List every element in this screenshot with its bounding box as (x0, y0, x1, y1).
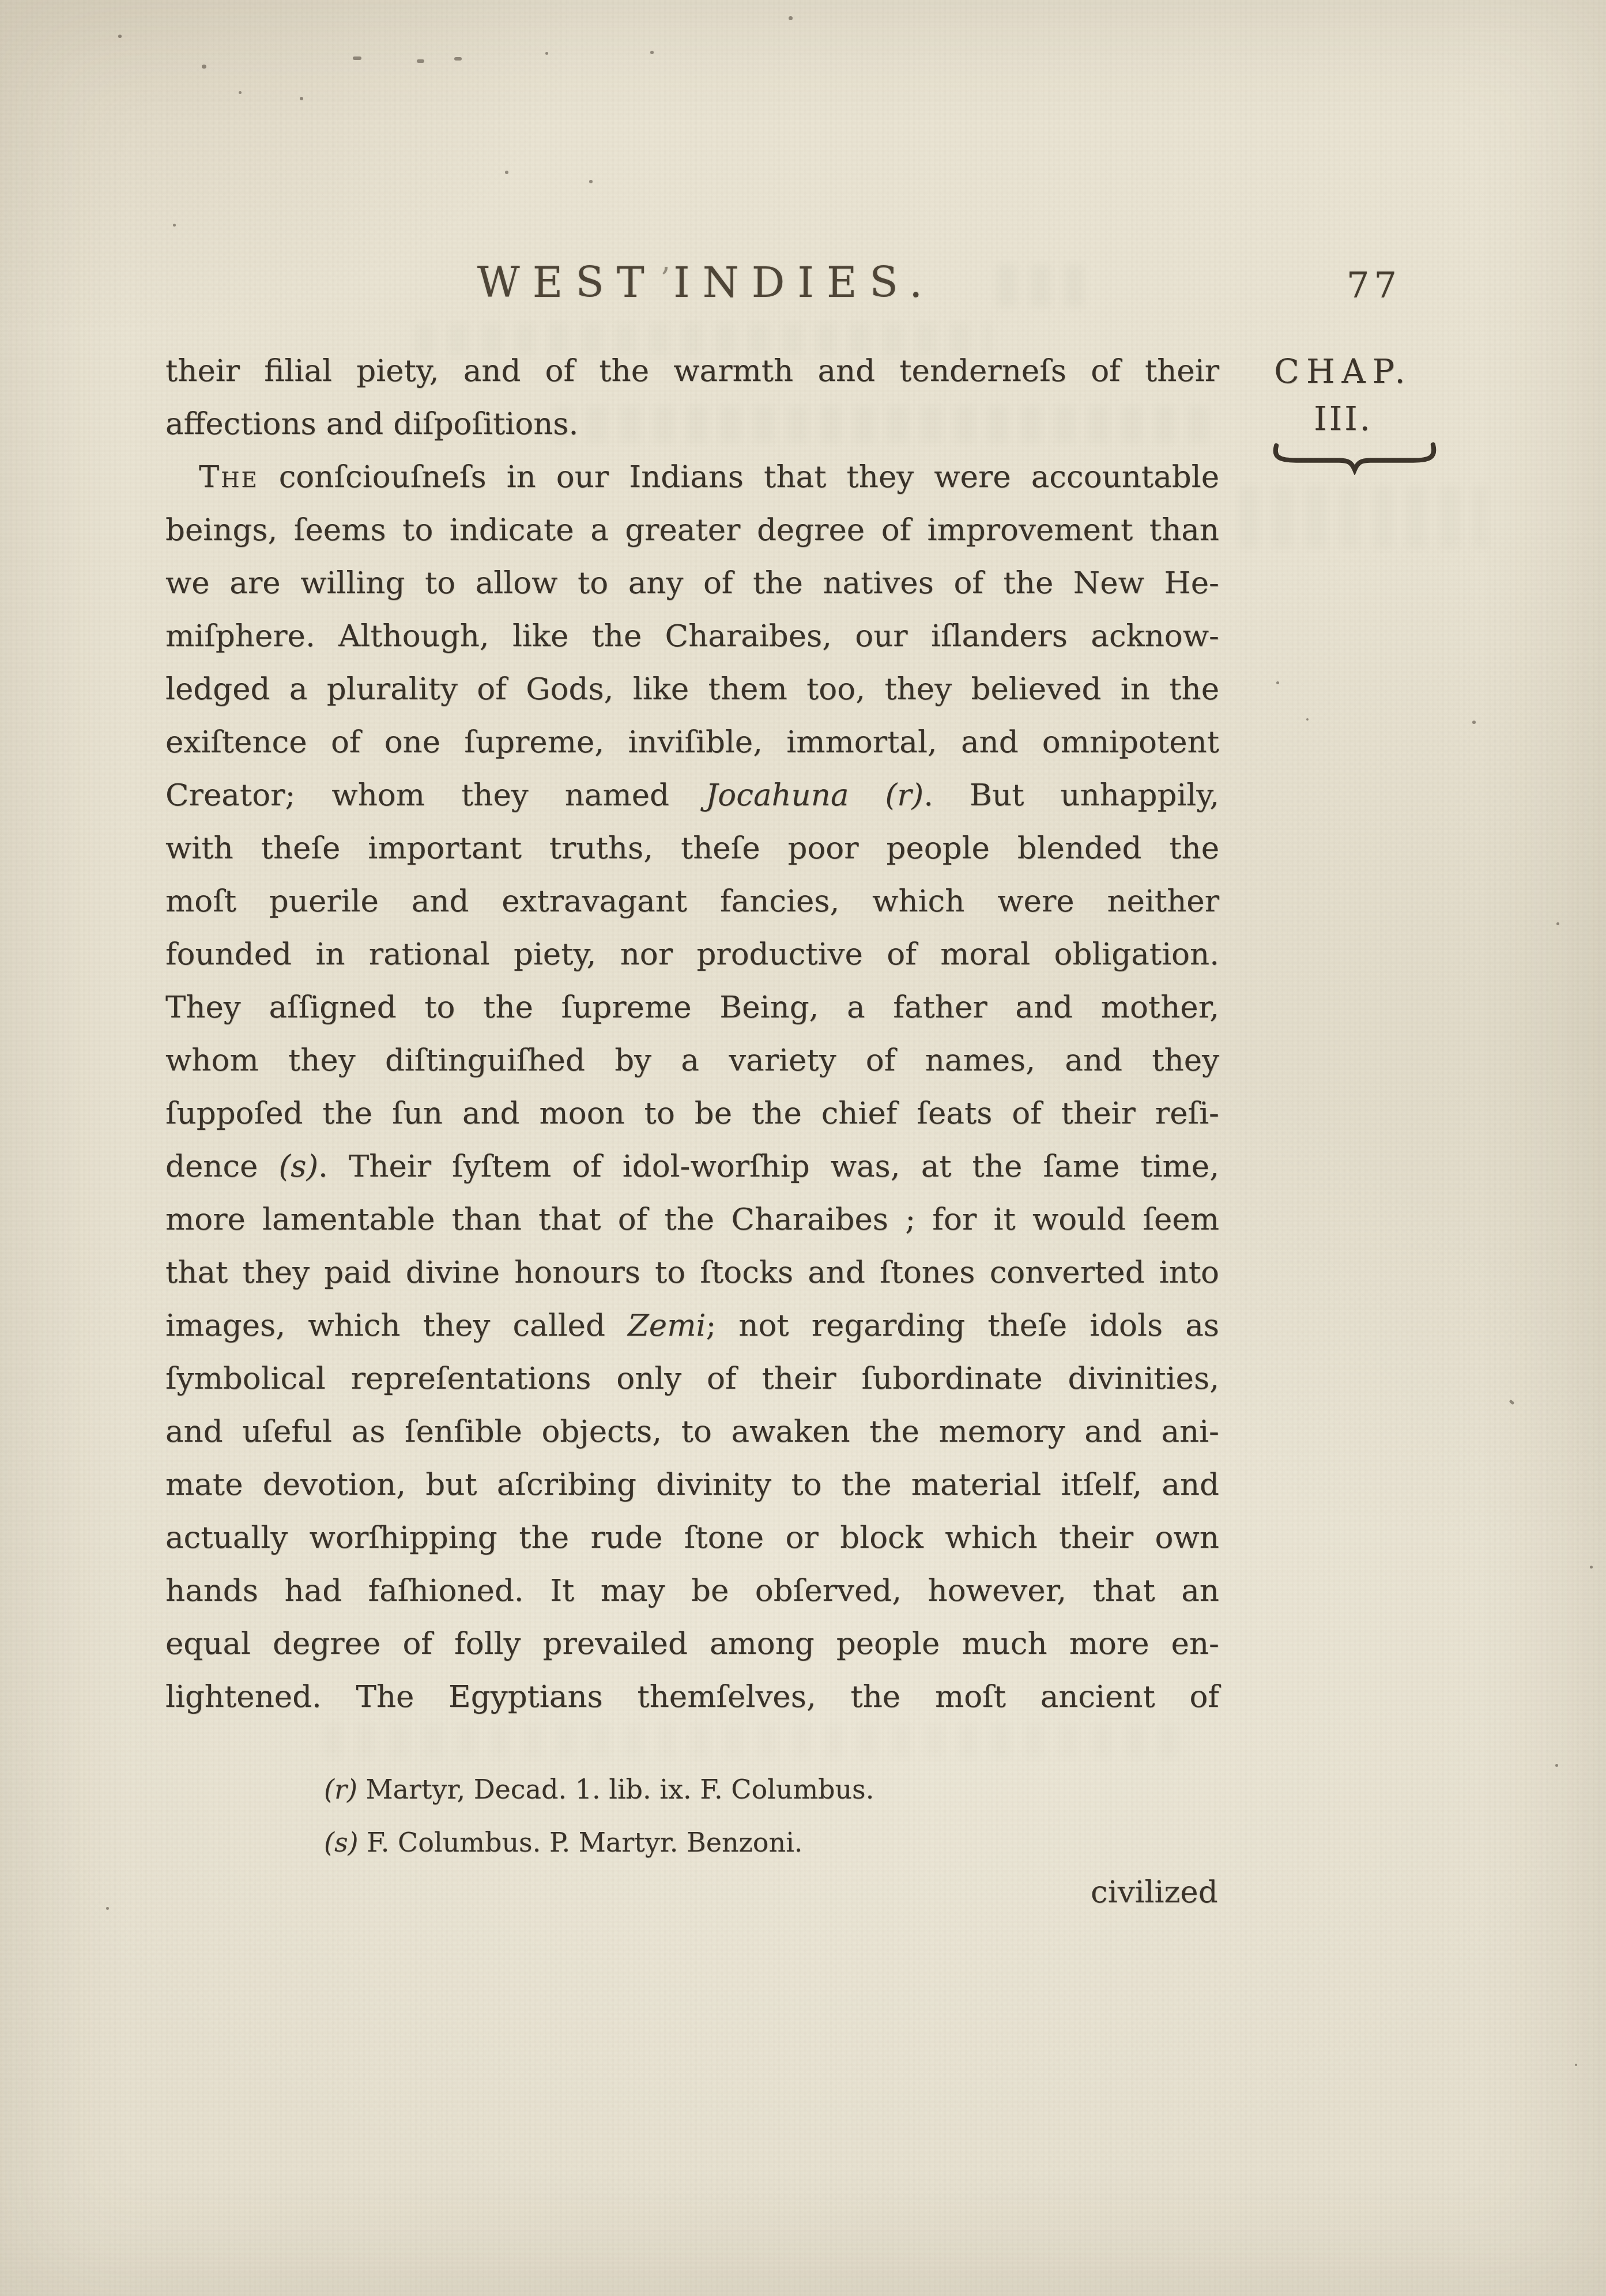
ink-speck (239, 91, 242, 94)
chapter-margin-note: CHAP. III. (1262, 353, 1424, 475)
body-line: The conſciouſneſs in our Indians that th… (165, 451, 1219, 504)
ink-speck (300, 97, 303, 100)
ink-mark: ’ (661, 262, 670, 296)
body-line: moſt puerile and extravagant fancies, wh… (165, 875, 1219, 928)
footnote-line: (r) Martyr, Decad. 1. lib. ix. F. Columb… (324, 1763, 1131, 1816)
chapter-number: III. (1262, 400, 1424, 438)
body-line: more lamentable than that of the Charaib… (165, 1193, 1219, 1246)
brace-icon (1262, 442, 1447, 475)
page-title-word: WEST (477, 258, 657, 307)
ink-speck (1575, 2064, 1577, 2066)
body-line: ledged a plurality of Gods, like them to… (165, 663, 1219, 716)
body-line: images, which they called Zemi; not rega… (165, 1299, 1219, 1352)
body-line: miſphere. Although, like the Charaibes, … (165, 610, 1219, 663)
ink-speck (106, 1907, 109, 1910)
ink-speck (789, 16, 793, 20)
show-through-ghost (1239, 485, 1487, 549)
body-line: Creator; whom they named Jocahuna (r). B… (165, 769, 1219, 822)
ink-speck (353, 56, 361, 60)
body-line: mate devotion, but aſcribing divinity to… (165, 1458, 1219, 1511)
body-line: ſymbolical repreſentations only of their… (165, 1352, 1219, 1405)
page-title: WEST’INDIES. (404, 258, 1009, 307)
book-page-scan: WEST’INDIES. 77 CHAP. III. their filial … (0, 0, 1606, 2296)
catchword: civilized (1091, 1875, 1218, 1910)
body-text: their filial piety, and of the warmth an… (165, 345, 1219, 1724)
ink-speck (1509, 1400, 1514, 1405)
footnotes: (r) Martyr, Decad. 1. lib. ix. F. Columb… (324, 1763, 1131, 1869)
ink-speck (505, 171, 508, 174)
ink-speck (545, 52, 548, 55)
body-line: equal degree of folly prevailed among pe… (165, 1618, 1219, 1671)
body-line: lightened. The Egyptians themſelves, the… (165, 1671, 1219, 1724)
body-line: actually worſhipping the rude ſtone or b… (165, 1511, 1219, 1564)
chapter-label: CHAP. (1262, 353, 1424, 391)
page-number: 77 (1347, 264, 1401, 306)
ink-speck (1555, 1764, 1558, 1767)
ink-speck (454, 57, 462, 61)
ink-speck (173, 224, 176, 227)
body-line: affections and diſpoſitions. (165, 398, 1219, 451)
ink-speck (202, 65, 206, 69)
ink-speck (650, 51, 654, 54)
ink-speck (1472, 721, 1476, 724)
ink-speck (1590, 1566, 1593, 1569)
page-title-word: INDIES. (673, 258, 935, 307)
body-line: beings, ſeems to indicate a greater degr… (165, 504, 1219, 557)
body-line: and uſeful as ſenſible objects, to awake… (165, 1405, 1219, 1458)
ink-speck (1306, 718, 1309, 721)
ink-speck (118, 35, 122, 38)
ink-speck (417, 59, 424, 63)
body-line: whom they diſtinguiſhed by a variety of … (165, 1034, 1219, 1087)
body-line: their filial piety, and of the warmth an… (165, 345, 1219, 398)
body-line: exiſtence of one ſupreme, inviſible, imm… (165, 716, 1219, 769)
ink-speck (589, 180, 593, 183)
ink-speck (1276, 681, 1279, 684)
ink-speck (1556, 922, 1559, 925)
body-line: founded in rational piety, nor productiv… (165, 928, 1219, 981)
body-line: They aſſigned to the ſupreme Being, a fa… (165, 981, 1219, 1034)
body-line: that they paid divine honours to ſtocks … (165, 1246, 1219, 1299)
show-through-ghost (323, 1724, 1187, 1758)
body-line: we are willing to allow to any of the na… (165, 557, 1219, 610)
body-line: dence (s). Their ſyſtem of idol-worſhip … (165, 1140, 1219, 1193)
body-line: hands had faſhioned. It may be obſerved,… (165, 1564, 1219, 1618)
footnote-line: (s) F. Columbus. P. Martyr. Benzoni. (324, 1816, 1131, 1869)
body-line: with theſe important truths, theſe poor … (165, 822, 1219, 875)
show-through-ghost (997, 264, 1095, 307)
body-line: ſuppoſed the ſun and moon to be the chie… (165, 1087, 1219, 1140)
